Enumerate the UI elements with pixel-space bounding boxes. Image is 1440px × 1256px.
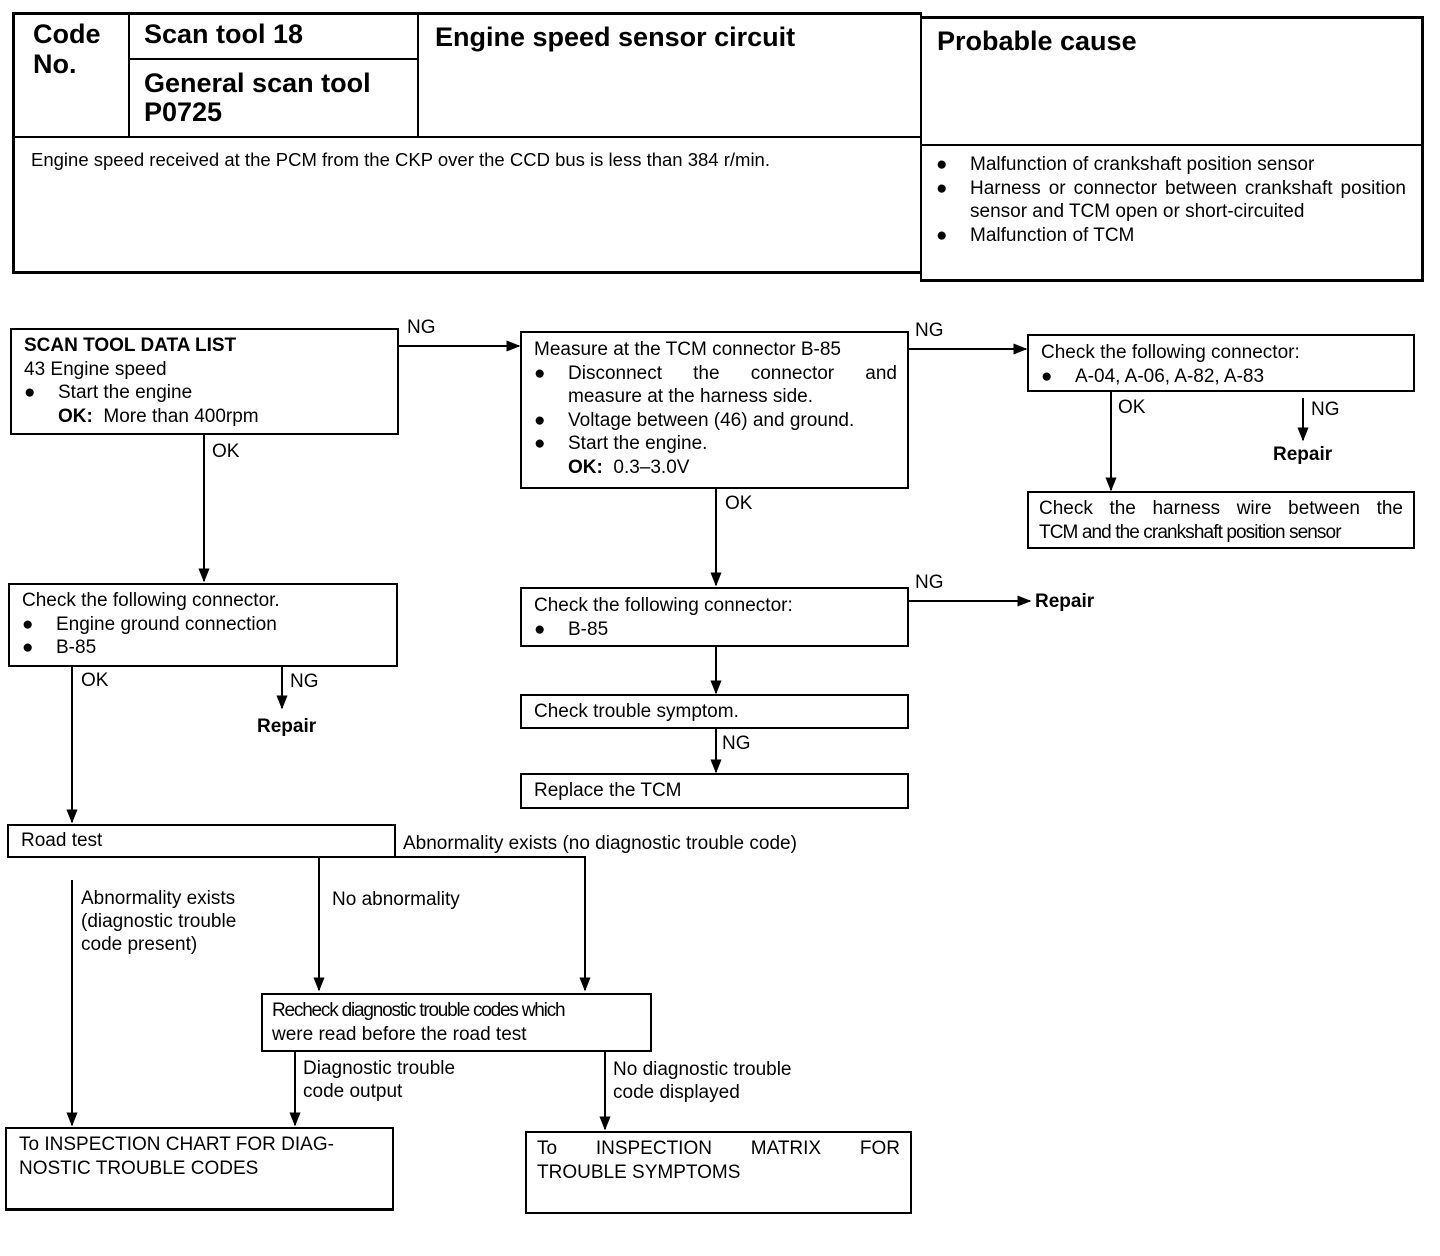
bullet-icon: ● bbox=[22, 636, 56, 660]
no-dtc-label: No diagnostic trouble code displayed bbox=[613, 1058, 792, 1104]
bullet-icon: ● bbox=[24, 381, 58, 405]
scan-tool-data-list-box: SCAN TOOL DATA LIST 43 Engine speed ●Sta… bbox=[10, 328, 399, 435]
ng-label: NG bbox=[290, 671, 319, 693]
repair-label: Repair bbox=[257, 716, 316, 738]
scan-data-step: ●Start the engine bbox=[24, 381, 397, 405]
bullet-icon: ● bbox=[22, 613, 56, 637]
measure-step: ●Disconnect the connector and measure at… bbox=[534, 362, 897, 409]
to-chart-line2: NOSTIC TROUBLE CODES bbox=[19, 1157, 384, 1181]
ok-label: OK bbox=[1118, 397, 1145, 419]
check-symptom-label: Check trouble symptom. bbox=[534, 700, 907, 724]
ok-label: OK bbox=[212, 441, 239, 463]
bullet-icon: ● bbox=[534, 362, 568, 409]
abnormal-dtc-label: Abnormality exists (diagnostic trouble c… bbox=[81, 887, 236, 956]
check-b85-item: ●B-85 bbox=[534, 618, 907, 642]
bullet-icon: ● bbox=[534, 409, 568, 433]
road-test-box: Road test bbox=[7, 824, 396, 858]
bullet-icon: ● bbox=[534, 432, 568, 456]
check-a-item: ●A-04, A-06, A-82, A-83 bbox=[1041, 365, 1413, 389]
abnormal-no-dtc-label: Abnormality exists (no diagnostic troubl… bbox=[403, 833, 797, 855]
measure-step: ●Voltage between (46) and ground. bbox=[534, 409, 897, 433]
ng-label: NG bbox=[1311, 399, 1340, 421]
ok-label: OK bbox=[725, 493, 752, 515]
to-matrix-line1: To INSPECTION MATRIX FOR bbox=[537, 1137, 900, 1161]
no-abnormality-label: No abnormality bbox=[332, 889, 460, 911]
to-chart-line1: To INSPECTION CHART FOR DIAG- bbox=[19, 1133, 384, 1157]
measure-tcm-connector-box: Measure at the TCM connector B-85 ●Disco… bbox=[520, 331, 909, 489]
check-b85-connector-box: Check the following connector: ●B-85 bbox=[520, 587, 909, 647]
check-ground-item: ●Engine ground connection bbox=[22, 613, 396, 637]
check-ground-connector-box: Check the following connector. ●Engine g… bbox=[8, 583, 398, 667]
measure-ok: OK: 0.3–3.0V bbox=[534, 456, 897, 480]
bullet-icon: ● bbox=[534, 618, 568, 642]
scan-data-title: SCAN TOOL DATA LIST bbox=[24, 334, 397, 358]
recheck-dtc-box: Recheck diagnostic trouble codes which w… bbox=[261, 993, 652, 1052]
repair-label: Repair bbox=[1273, 444, 1332, 466]
measure-title: Measure at the TCM connector B-85 bbox=[534, 338, 897, 362]
repair-label: Repair bbox=[1035, 591, 1094, 613]
ng-label: NG bbox=[722, 733, 751, 755]
scan-data-item: 43 Engine speed bbox=[24, 358, 397, 382]
check-ground-title: Check the following connector. bbox=[22, 589, 396, 613]
check-harness-line2: TCM and the crankshaft position sensor bbox=[1039, 521, 1403, 545]
check-b85-title: Check the following connector: bbox=[534, 594, 907, 618]
check-trouble-symptom-box: Check trouble symptom. bbox=[520, 694, 909, 729]
dtc-output-label: Diagnostic trouble code output bbox=[303, 1057, 455, 1103]
recheck-line1: Recheck diagnostic trouble codes which bbox=[272, 999, 642, 1023]
check-harness-line1: Check the harness wire between the bbox=[1039, 497, 1403, 521]
ok-label: OK bbox=[81, 670, 108, 692]
check-ground-item: ●B-85 bbox=[22, 636, 396, 660]
check-connector-a-box: Check the following connector: ●A-04, A-… bbox=[1027, 334, 1415, 392]
ng-label: NG bbox=[915, 572, 944, 594]
bullet-icon: ● bbox=[1041, 365, 1075, 389]
ng-label: NG bbox=[407, 317, 436, 339]
to-inspection-chart-box: To INSPECTION CHART FOR DIAG- NOSTIC TRO… bbox=[5, 1127, 394, 1211]
replace-tcm-label: Replace the TCM bbox=[534, 779, 907, 803]
measure-step: ●Start the engine. bbox=[534, 432, 897, 456]
check-harness-wire-box: Check the harness wire between the TCM a… bbox=[1027, 491, 1415, 549]
to-inspection-matrix-box: To INSPECTION MATRIX FOR TROUBLE SYMPTOM… bbox=[525, 1131, 912, 1214]
replace-tcm-box: Replace the TCM bbox=[520, 773, 909, 809]
scan-data-ok: OK: More than 400rpm bbox=[24, 405, 397, 429]
ng-label: NG bbox=[915, 320, 944, 342]
recheck-line2: were read before the road test bbox=[272, 1023, 642, 1047]
to-matrix-line2: TROUBLE SYMPTOMS bbox=[537, 1161, 900, 1185]
road-test-label: Road test bbox=[21, 829, 394, 853]
check-a-title: Check the following connector: bbox=[1041, 341, 1413, 365]
